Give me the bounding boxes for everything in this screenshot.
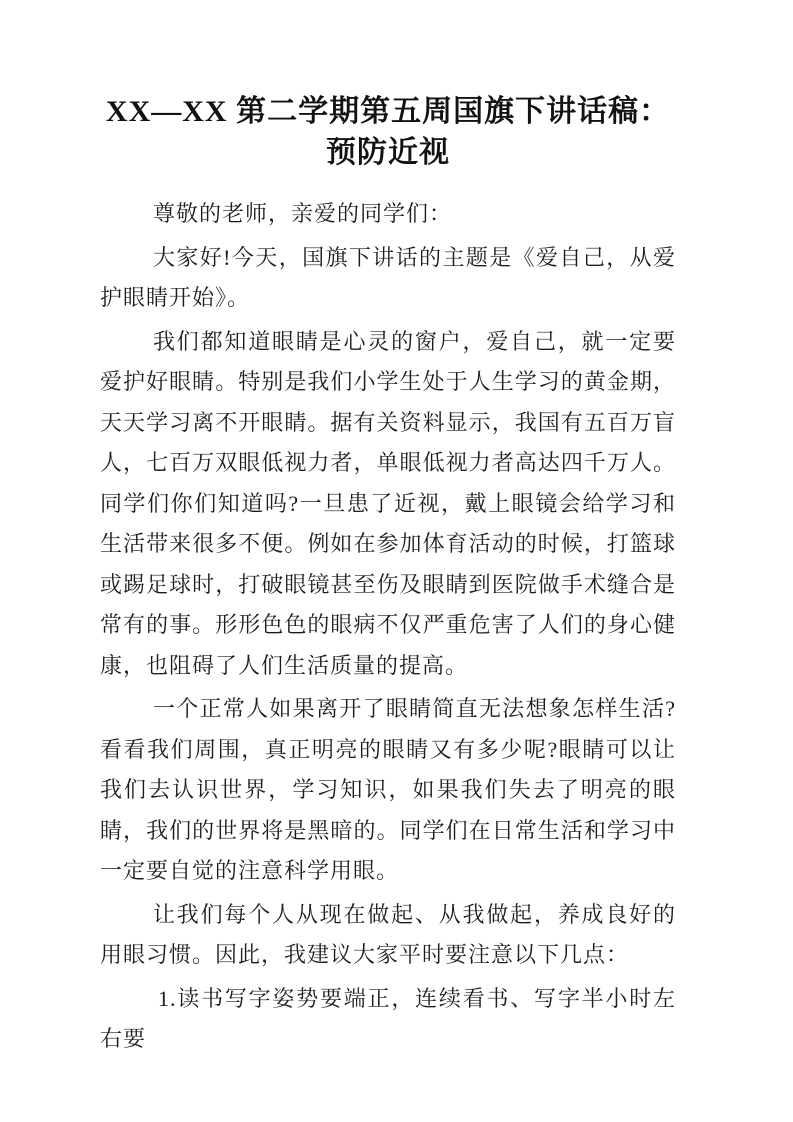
paragraph-body-3: 让我们每个人从现在做起、从我做起，养成良好的用眼习惯。因此，我建议大家平时要注意… xyxy=(100,895,676,976)
page-title-line-1: XX—XX 第二学期第五周国旗下讲话稿： xyxy=(100,91,676,132)
document-page: XX—XX 第二学期第五周国旗下讲话稿： 预防近视 尊敬的老师，亲爱的同学们： … xyxy=(0,0,793,1122)
page-title: XX—XX 第二学期第五周国旗下讲话稿： 预防近视 xyxy=(100,0,676,173)
paragraph-body-1: 我们都知道眼睛是心灵的窗户，爱自己，就一定要爱护好眼睛。特别是我们小学生处于人生… xyxy=(100,322,676,687)
paragraph-greeting: 大家好!今天，国旗下讲话的主题是《爱自己，从爱护眼睛开始》。 xyxy=(100,238,676,319)
document-body: 尊敬的老师，亲爱的同学们： 大家好!今天，国旗下讲话的主题是《爱自己，从爱护眼睛… xyxy=(100,194,676,1060)
paragraph-salutation: 尊敬的老师，亲爱的同学们： xyxy=(100,194,676,235)
page-title-line-2: 预防近视 xyxy=(100,132,676,173)
paragraph-list-item-1: 1.读书写字姿势要端正，连续看书、写字半小时左右要 xyxy=(100,979,676,1060)
paragraph-body-2: 一个正常人如果离开了眼睛简直无法想象怎样生活?看看我们周围，真正明亮的眼睛又有多… xyxy=(100,689,676,892)
document-content: XX—XX 第二学期第五周国旗下讲话稿： 预防近视 尊敬的老师，亲爱的同学们： … xyxy=(0,0,793,1060)
